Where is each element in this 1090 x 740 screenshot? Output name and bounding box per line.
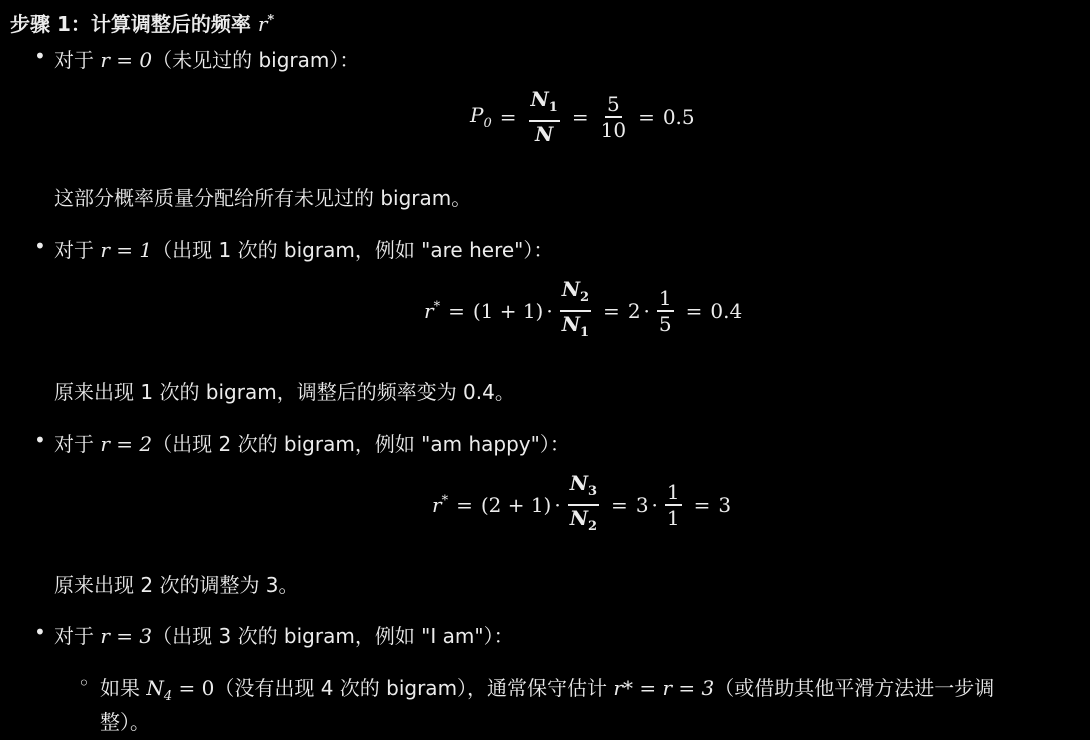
bullet-tail: （未见过的 bigram）： bbox=[152, 48, 359, 72]
note-r0: 这部分概率质量分配给所有未见过的 bigram。 bbox=[54, 182, 471, 211]
sub-bullet-n4-cont: 整）。 bbox=[100, 706, 150, 735]
heading-var: r bbox=[258, 12, 268, 36]
bullet-lead: 对于 bbox=[54, 48, 100, 72]
equation-r1: r* = (1 + 1)· N2N1 = 2· 15 = 0.4 bbox=[424, 278, 742, 344]
step-heading: 步骤 1：计算调整后的频率 r* bbox=[10, 8, 274, 37]
bullet-math: r = 0 bbox=[100, 48, 152, 72]
note-r1: 原来出现 1 次的 bigram，调整后的频率变为 0.4。 bbox=[54, 376, 515, 405]
heading-sup: * bbox=[267, 12, 274, 27]
note-r2: 原来出现 2 次的调整为 3。 bbox=[54, 569, 299, 598]
equation-r2: r* = (2 + 1)· N3N2 = 3· 11 = 3 bbox=[432, 472, 731, 538]
equation-p0: P0 = N1N = 510 = 0.5 bbox=[470, 88, 695, 145]
step-heading-text: 步骤 1：计算调整后的频率 bbox=[10, 12, 258, 36]
